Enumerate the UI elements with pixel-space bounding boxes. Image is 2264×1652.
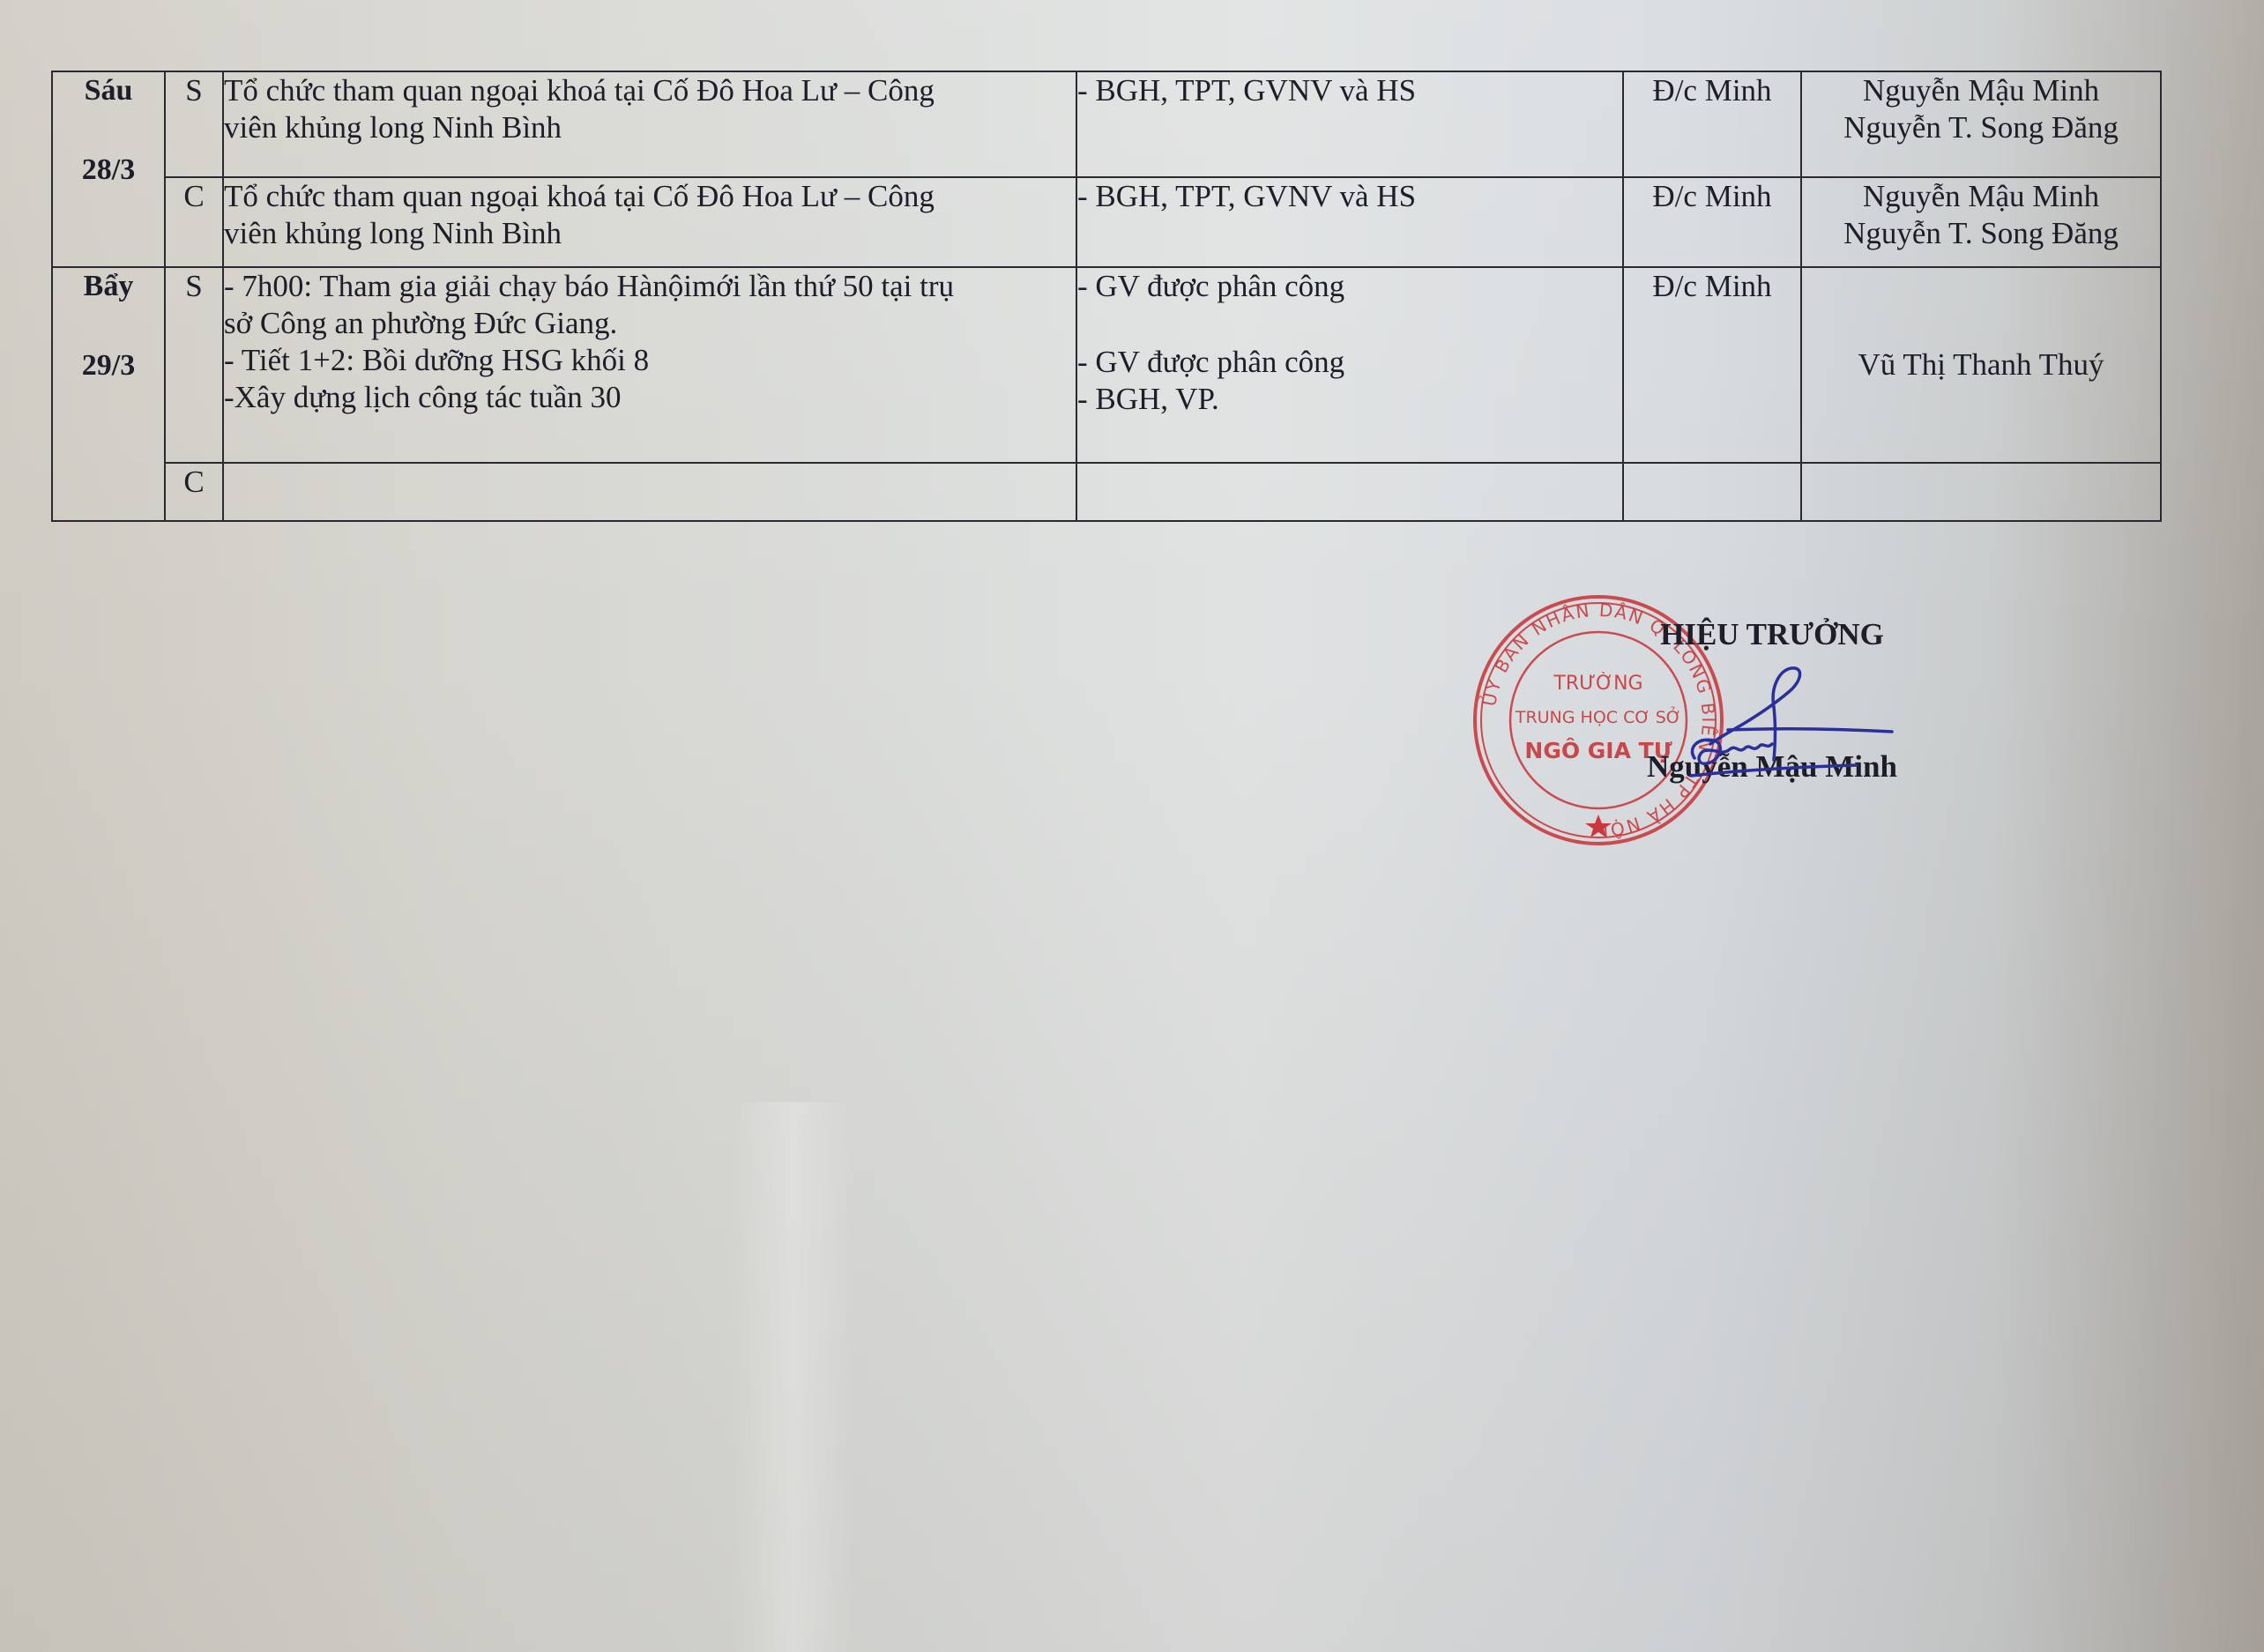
participants-cell: - GV được phân công - GV được phân công … (1076, 267, 1623, 463)
leader-cell: Đ/c Minh (1623, 177, 1801, 267)
session-cell: C (165, 177, 223, 267)
participants-line: - GV được phân công (1077, 344, 1622, 381)
table-row: C (52, 463, 2161, 521)
schedule-table: Sáu 28/3 S Tổ chức tham quan ngoại khoá … (51, 71, 2162, 522)
leader-cell: Đ/c Minh (1623, 267, 1801, 463)
leader-cell (1623, 463, 1801, 521)
participants-line: - BGH, TPT, GVNV và HS (1077, 178, 1622, 215)
content-line: Tổ chức tham quan ngoại khoá tại Cố Đô H… (224, 72, 1076, 109)
day-date: 28/3 (53, 152, 164, 189)
content-line: -Xây dựng lịch công tác tuần 30 (224, 379, 1076, 416)
chair-cell: Nguyễn Mậu Minh Nguyễn T. Song Đăng (1801, 177, 2161, 267)
content-cell: Tổ chức tham quan ngoại khoá tại Cố Đô H… (223, 71, 1076, 177)
content-line: - 7h00: Tham gia giải chạy báo Hànộimới … (224, 268, 1076, 305)
leader-cell: Đ/c Minh (1623, 71, 1801, 177)
participants-line: - BGH, TPT, GVNV và HS (1077, 72, 1622, 109)
content-line: sở Công an phường Đức Giang. (224, 305, 1076, 342)
chair-cell (1801, 463, 2161, 521)
participants-line: - GV được phân công (1077, 268, 1622, 305)
chair-line: Nguyễn Mậu Minh (1802, 72, 2160, 109)
content-line: - Tiết 1+2: Bồi dưỡng HSG khối 8 (224, 342, 1076, 379)
chair-line: Vũ Thị Thanh Thuý (1802, 346, 2160, 383)
day-name: Bẩy (53, 268, 164, 305)
chair-cell: Nguyễn Mậu Minh Nguyễn T. Song Đăng (1801, 71, 2161, 177)
content-line: Tổ chức tham quan ngoại khoá tại Cố Đô H… (224, 178, 1076, 215)
handwritten-signature (1675, 652, 1904, 785)
participants-cell: - BGH, TPT, GVNV và HS (1076, 71, 1623, 177)
paper-crease (732, 1102, 855, 1652)
table-row: C Tổ chức tham quan ngoại khoá tại Cố Đô… (52, 177, 2161, 267)
session-cell: S (165, 71, 223, 177)
session-cell: S (165, 267, 223, 463)
table-row: Sáu 28/3 S Tổ chức tham quan ngoại khoá … (52, 71, 2161, 177)
content-line: viên khủng long Ninh Bình (224, 215, 1076, 252)
content-line: viên khủng long Ninh Bình (224, 109, 1076, 146)
day-name: Sáu (53, 72, 164, 109)
content-cell (223, 463, 1076, 521)
chair-line: Nguyễn T. Song Đăng (1802, 215, 2160, 252)
day-cell: Sáu 28/3 (52, 71, 165, 267)
content-cell: - 7h00: Tham gia giải chạy báo Hànộimới … (223, 267, 1076, 463)
signature-title: HIỆU TRƯỞNG (1613, 617, 1931, 652)
content-cell: Tổ chức tham quan ngoại khoá tại Cố Đô H… (223, 177, 1076, 267)
participants-spacer (1077, 305, 1622, 344)
participants-cell: - BGH, TPT, GVNV và HS (1076, 177, 1623, 267)
chair-line: Nguyễn T. Song Đăng (1802, 109, 2160, 146)
chair-cell: Vũ Thị Thanh Thuý (1801, 267, 2161, 463)
table-row: Bẩy 29/3 S - 7h00: Tham gia giải chạy bá… (52, 267, 2161, 463)
session-cell: C (165, 463, 223, 521)
day-cell: Bẩy 29/3 (52, 267, 165, 521)
chair-line: Nguyễn Mậu Minh (1802, 178, 2160, 215)
participants-cell (1076, 463, 1623, 521)
day-date: 29/3 (53, 347, 164, 384)
participants-line: - BGH, VP. (1077, 381, 1622, 418)
